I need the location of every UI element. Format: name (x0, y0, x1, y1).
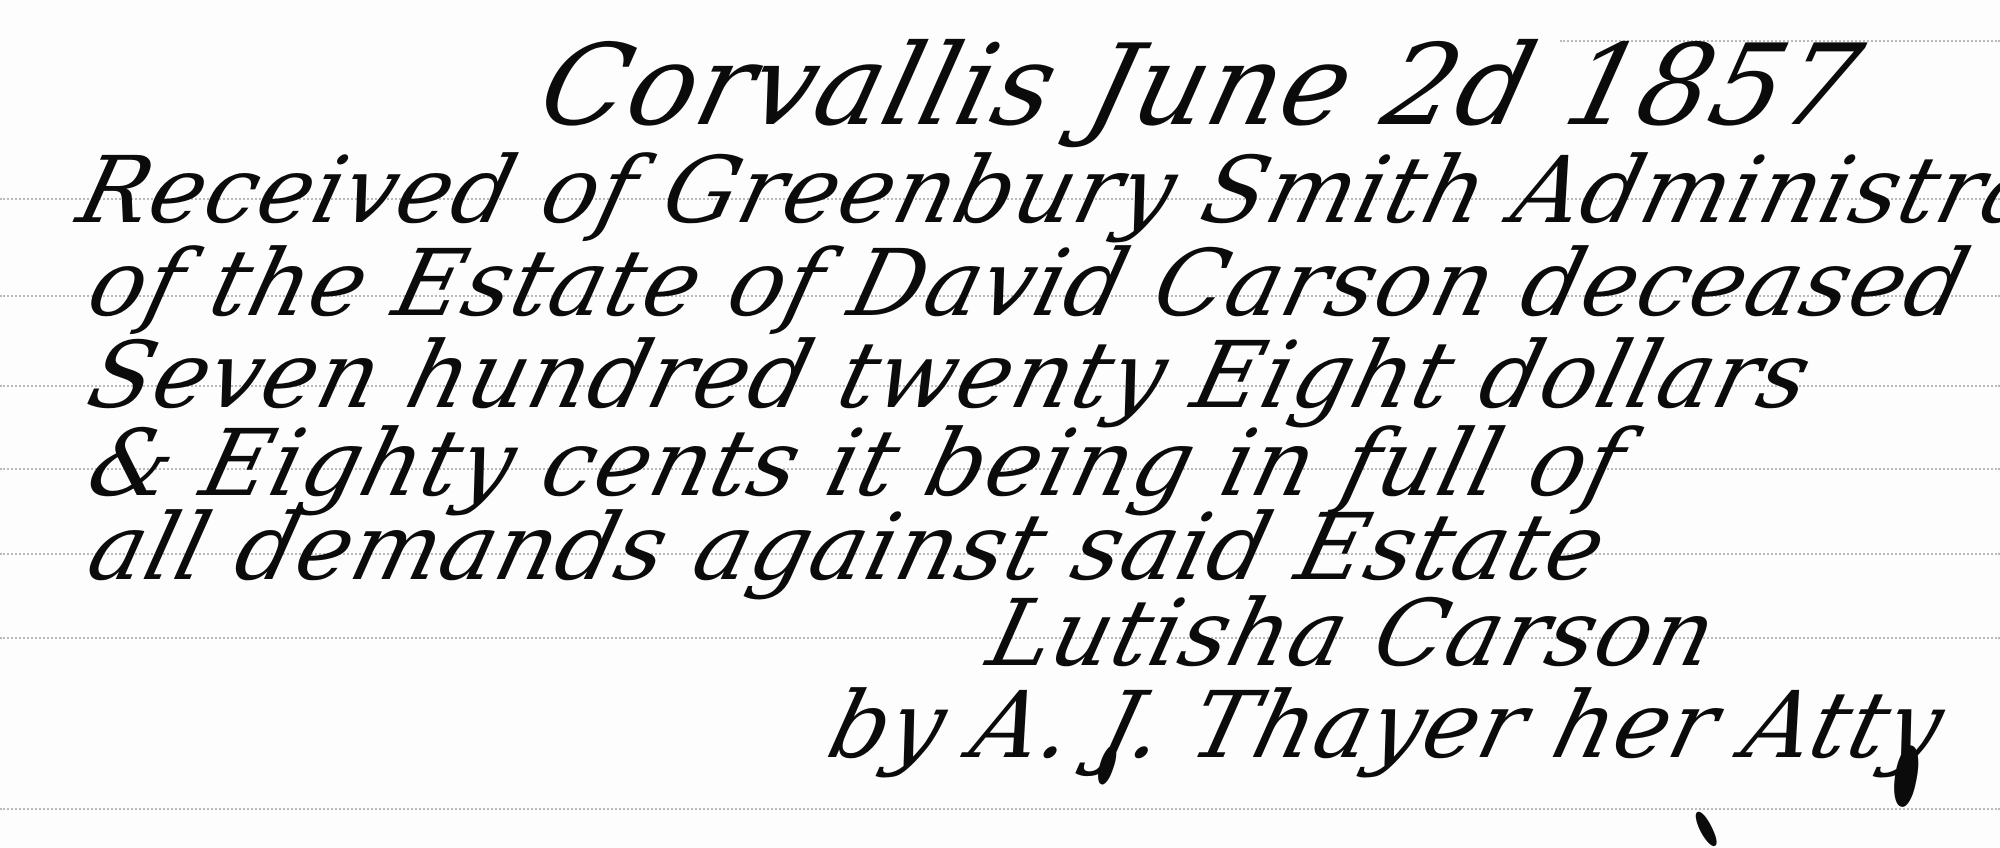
body-line-1: Received of Greenbury Smith Administrato… (70, 145, 2000, 237)
body-line-3: Seven hundred twenty Eight dollars (80, 330, 1820, 422)
heading-text: Corvallis June 2d 1857 (528, 21, 1874, 151)
signature-name-text: Lutisha Carson (978, 580, 1727, 687)
ruled-line (0, 808, 2000, 810)
body-line-text: of the Estate of David Carson deceased (78, 230, 1980, 337)
signature-by-text: by A. J. Thayer her Atty (818, 672, 1955, 779)
signature-name: Lutisha Carson (980, 588, 1725, 680)
body-line-2: of the Estate of David Carson deceased (80, 238, 1978, 330)
ink-blot (1693, 809, 1720, 848)
body-line-text: Received of Greenbury Smith Administrato… (68, 137, 2000, 244)
signature-by-line: by A. J. Thayer her Atty (820, 680, 1953, 772)
receipt-heading: Corvallis June 2d 1857 (530, 30, 1872, 142)
receipt-page: Corvallis June 2d 1857 Received of Green… (0, 0, 2000, 848)
